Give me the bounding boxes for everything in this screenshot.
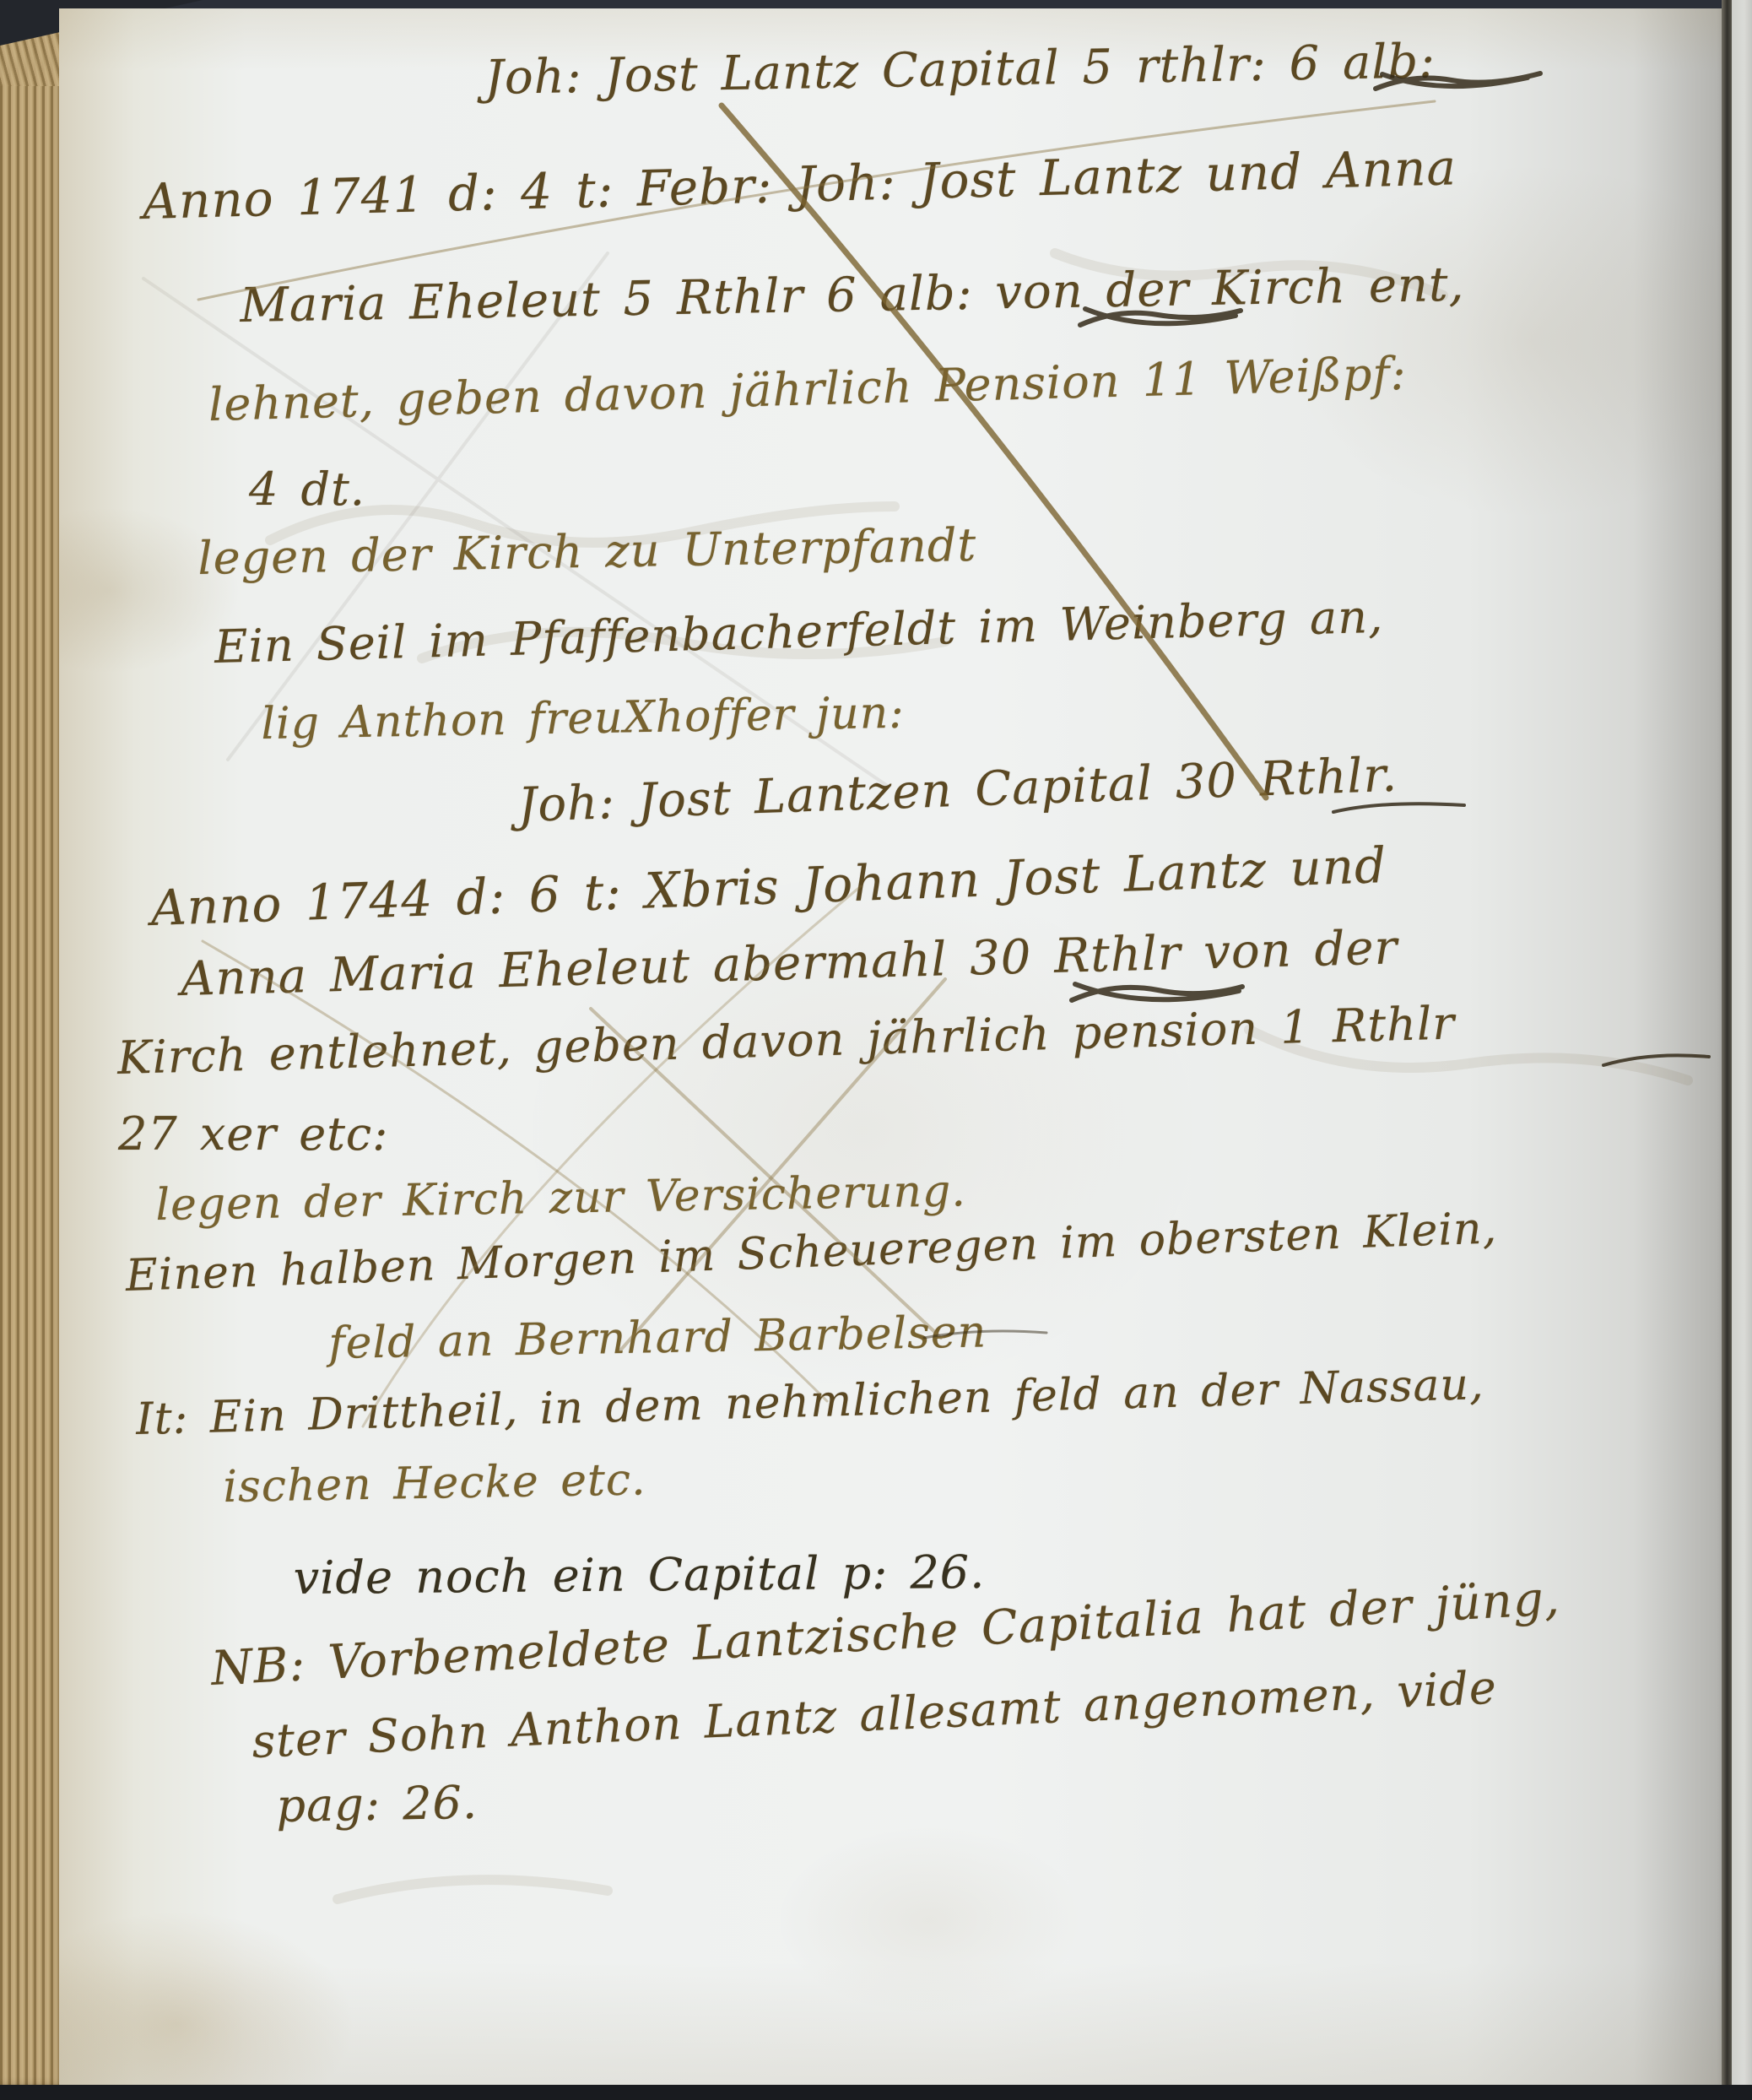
entry-1744-line-9: ischen Hecke etc.	[223, 1454, 646, 1513]
entry-1744-line-10: vide noch ein Capital p: 26.	[293, 1545, 985, 1605]
entry-1741-line-4: 4 dt.	[249, 463, 365, 516]
next-page-edge	[1732, 0, 1752, 2100]
book-gutter	[1722, 0, 1732, 2100]
entry-1744-line-4: 27 xer etc:	[118, 1107, 388, 1161]
book-scan: Joh: Jost Lantz Capital 5 rthlr: 6 alb: …	[0, 0, 1752, 2100]
nota-bene-line-3: pag: 26.	[276, 1776, 479, 1832]
book-page-edges	[0, 10, 66, 2086]
scan-background-bottom	[0, 2085, 1752, 2100]
